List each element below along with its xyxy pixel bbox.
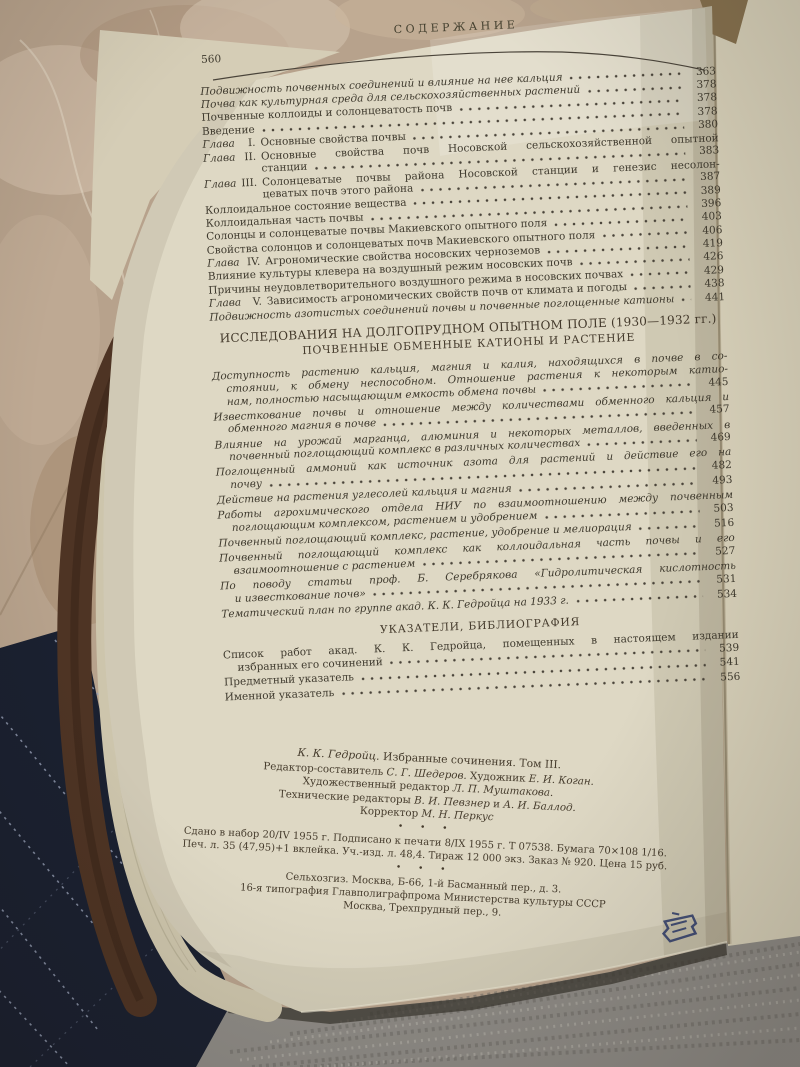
- dot-leader: [587, 83, 683, 94]
- dot-leader: [587, 436, 697, 447]
- chapter-number: III.: [241, 176, 262, 189]
- dot-leader: [602, 229, 688, 239]
- entry-page-number: 531: [704, 573, 736, 587]
- colophon: К. К. Гедройц. Избранные сочинения. Том …: [122, 738, 729, 931]
- table-of-contents: СОДЕРЖАНИЕ 560 Подвижность почвенных сое…: [198, 11, 741, 706]
- entry-page-number: 378: [685, 92, 717, 106]
- entry-page-number: 378: [684, 78, 716, 92]
- dot-leader: [681, 296, 691, 303]
- chapter-word: Глава: [203, 151, 236, 165]
- chapter-label: ГлаваI.: [202, 137, 260, 152]
- toc-section-dolgoprudnoe: Доступность растению кальция, магния и к…: [212, 350, 738, 621]
- chapter-label: ГлаваV.: [209, 296, 267, 311]
- role-label: Корректор: [360, 805, 422, 820]
- entry-page-number: 403: [690, 210, 722, 224]
- entry-page-number: 419: [691, 237, 723, 251]
- entry-page-number: 396: [689, 197, 721, 211]
- person-name: А. И. Баллод.: [503, 798, 576, 813]
- chapter-label: ГлаваIII.: [204, 176, 262, 191]
- chapter-number: V.: [253, 296, 268, 309]
- entry-page-number: 438: [692, 277, 724, 291]
- dot-leader: [543, 381, 695, 394]
- chapter-word: Глава: [202, 138, 235, 152]
- dot-leader: [544, 507, 700, 520]
- chapter-label: ГлаваIV.: [207, 256, 265, 271]
- entry-page-number: 383: [687, 144, 719, 158]
- entry-page-number: 527: [703, 545, 735, 559]
- chapter-number: IV.: [247, 256, 266, 269]
- entry-page-number: 482: [700, 459, 732, 473]
- entry-page-number: 426: [691, 251, 723, 265]
- entry-page-number: 378: [685, 105, 717, 119]
- dot-leader: [630, 269, 690, 278]
- person-name: М. Н. Перкус: [421, 808, 494, 823]
- entry-page-number: 493: [700, 474, 732, 488]
- entry-text-continuation: станции: [261, 161, 307, 175]
- entry-page-number: 380: [686, 118, 718, 132]
- author-name: К. К. Гедройц.: [297, 746, 380, 763]
- entry-page-number: 534: [705, 588, 737, 602]
- page-folio: 560: [201, 53, 222, 66]
- entry-page-number: 556: [708, 671, 740, 685]
- entry-page-number: 406: [690, 224, 722, 238]
- entry-page-number: 539: [707, 641, 739, 655]
- chapter-number: II.: [244, 150, 261, 163]
- chapter-word: Глава: [207, 257, 240, 271]
- entry-text: Именной указатель: [224, 687, 334, 704]
- entry-text: Введение: [202, 124, 255, 139]
- entry-page-number: 516: [702, 517, 734, 531]
- entry-text-continuation: почву: [230, 478, 262, 492]
- photo-of-book-contents-page: СОДЕРЖАНИЕ 560 Подвижность почвенных сое…: [0, 0, 800, 1067]
- entry-page-number: 387: [688, 170, 720, 184]
- chapter-word: Глава: [204, 177, 237, 191]
- dot-leader: [576, 593, 703, 605]
- entry-page-number: 469: [698, 431, 730, 445]
- entry-page-number: 541: [708, 656, 740, 670]
- toc-section-main: Подвижность почвенных соединений и влиян…: [200, 65, 725, 324]
- chapter-word: Глава: [209, 297, 242, 311]
- entry-page-number: 389: [689, 184, 721, 198]
- entry-page-number: 445: [696, 376, 728, 390]
- chapter-label: ГлаваII.: [203, 150, 261, 165]
- entry-page-number: 363: [684, 65, 716, 79]
- entry-page-number: 457: [697, 403, 729, 417]
- dot-leader: [634, 282, 691, 291]
- entry-page-number: 503: [701, 502, 733, 516]
- chapter-number: I.: [248, 137, 261, 150]
- entry-page-number: 429: [692, 264, 724, 278]
- role-label: и: [490, 798, 504, 811]
- entry-page-number: 441: [693, 291, 725, 305]
- dot-leader: [639, 522, 701, 531]
